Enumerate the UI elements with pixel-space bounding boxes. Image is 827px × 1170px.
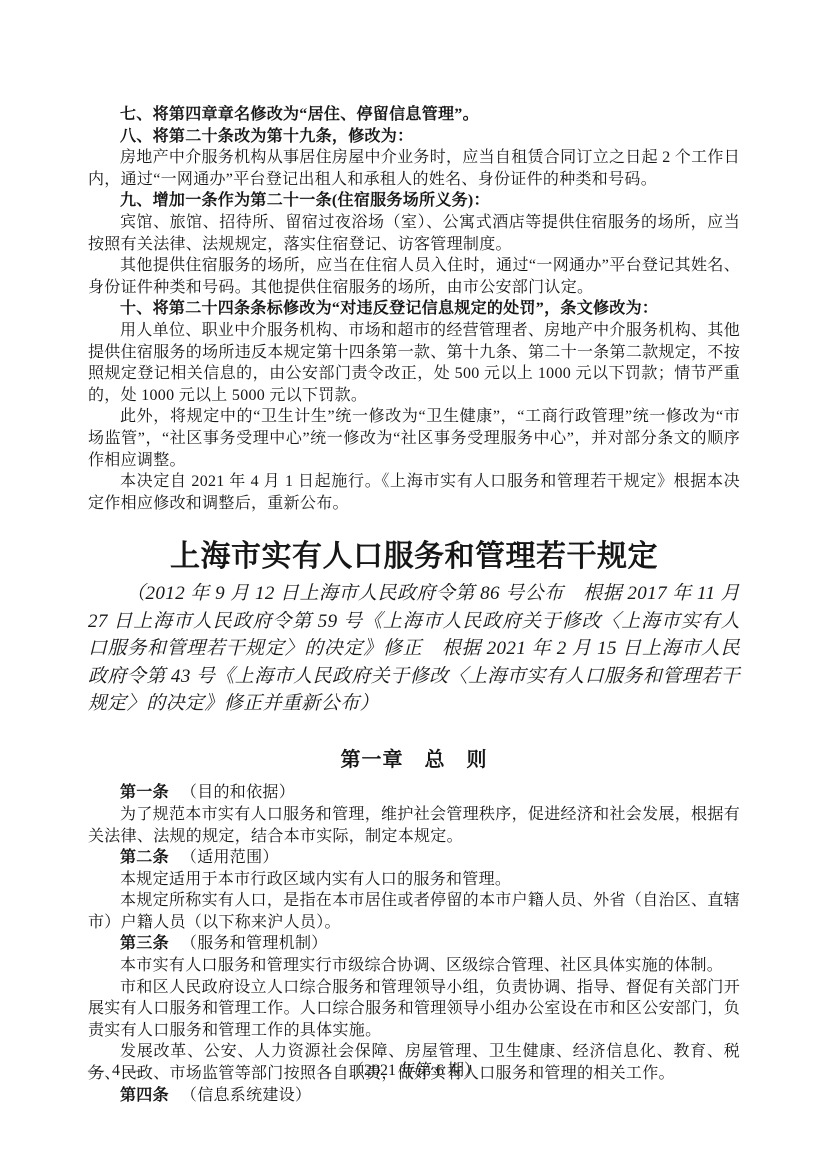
amendment-item-9: 九、增加一条作为第二十一条(住宿服务场所义务)： xyxy=(88,190,740,212)
amendment-item-10: 十、将第二十四条条标修改为“对违反登记信息规定的处罚”，条文修改为： xyxy=(88,298,740,320)
amendment-paragraph: 本决定自 2021 年 4 月 1 日起施行。《上海市实有人口服务和管理若干规定… xyxy=(88,471,740,514)
regulation-title: 上海市实有人口服务和管理若干规定 xyxy=(88,538,740,576)
article-paragraph: 本市实有人口服务和管理实行市级综合协调、区级综合管理、社区具体实施的体制。 xyxy=(88,955,740,977)
article-paragraph: 本规定所称实有人口，是指在本市居住或者停留的本市户籍人员、外省（自治区、直辖市）… xyxy=(88,890,740,933)
article-number: 第三条 xyxy=(120,935,169,952)
amendment-paragraph: 用人单位、职业中介服务机构、市场和超市的经营管理者、房地产中介服务机构、其他提供… xyxy=(88,320,740,406)
page-content: 七、将第四章章名修改为“居住、停留信息管理”。 八、将第二十条改为第十九条，修改… xyxy=(88,104,740,1106)
issue-label: （2021 年第 6 期） xyxy=(88,1060,740,1082)
article-head-1: 第一条（目的和依据） xyxy=(88,782,740,804)
article-paragraph: 为了规范本市实有人口服务和管理，维护社会管理秩序，促进经济和社会发展，根据有关法… xyxy=(88,804,740,847)
amendment-paragraph: 房地产中介服务机构从事居住房屋中介业务时，应当自租赁合同订立之日起 2 个工作日… xyxy=(88,147,740,190)
amendment-item-7: 七、将第四章章名修改为“居住、停留信息管理”。 xyxy=(88,104,740,126)
amendment-paragraph: 其他提供住宿服务的场所，应当在住宿人员入住时，通过“一网通办”平台登记其姓名、身… xyxy=(88,255,740,298)
article-number: 第一条 xyxy=(120,784,169,801)
article-number: 第二条 xyxy=(120,849,169,866)
article-head-3: 第三条（服务和管理机制） xyxy=(88,933,740,955)
article-title: （信息系统建设） xyxy=(181,1087,311,1104)
amendment-paragraph: 宾馆、旅馆、招待所、留宿过夜浴场（室）、公寓式酒店等提供住宿服务的场所，应当按照… xyxy=(88,212,740,255)
page-number: — 4 — xyxy=(88,1060,146,1082)
chapter-heading: 第一章 总 则 xyxy=(88,743,740,772)
article-title: （适用范围） xyxy=(181,849,279,866)
article-title: （目的和依据） xyxy=(181,784,295,801)
article-title: （服务和管理机制） xyxy=(181,935,328,952)
article-paragraph: 市和区人民政府设立人口综合服务和管理领导小组，负责协调、指导、督促有关部门开展实… xyxy=(88,977,740,1042)
amendment-item-8: 八、将第二十条改为第十九条，修改为： xyxy=(88,126,740,148)
amendment-paragraph: 此外，将规定中的“卫生计生”统一修改为“卫生健康”，“工商行政管理”统一修改为“… xyxy=(88,406,740,471)
article-head-4: 第四条（信息系统建设） xyxy=(88,1085,740,1107)
article-number: 第四条 xyxy=(120,1087,169,1104)
article-paragraph: 本规定适用于本市行政区域内实有人口的服务和管理。 xyxy=(88,869,740,891)
page-footer: — 4 — （2021 年第 6 期） xyxy=(88,1060,740,1082)
article-head-2: 第二条（适用范围） xyxy=(88,847,740,869)
promulgation-note: （2012 年 9 月 12 日上海市人民政府令第 86 号公布 根据 2017… xyxy=(88,580,740,717)
document-page: 七、将第四章章名修改为“居住、停留信息管理”。 八、将第二十条改为第十九条，修改… xyxy=(0,0,827,1170)
